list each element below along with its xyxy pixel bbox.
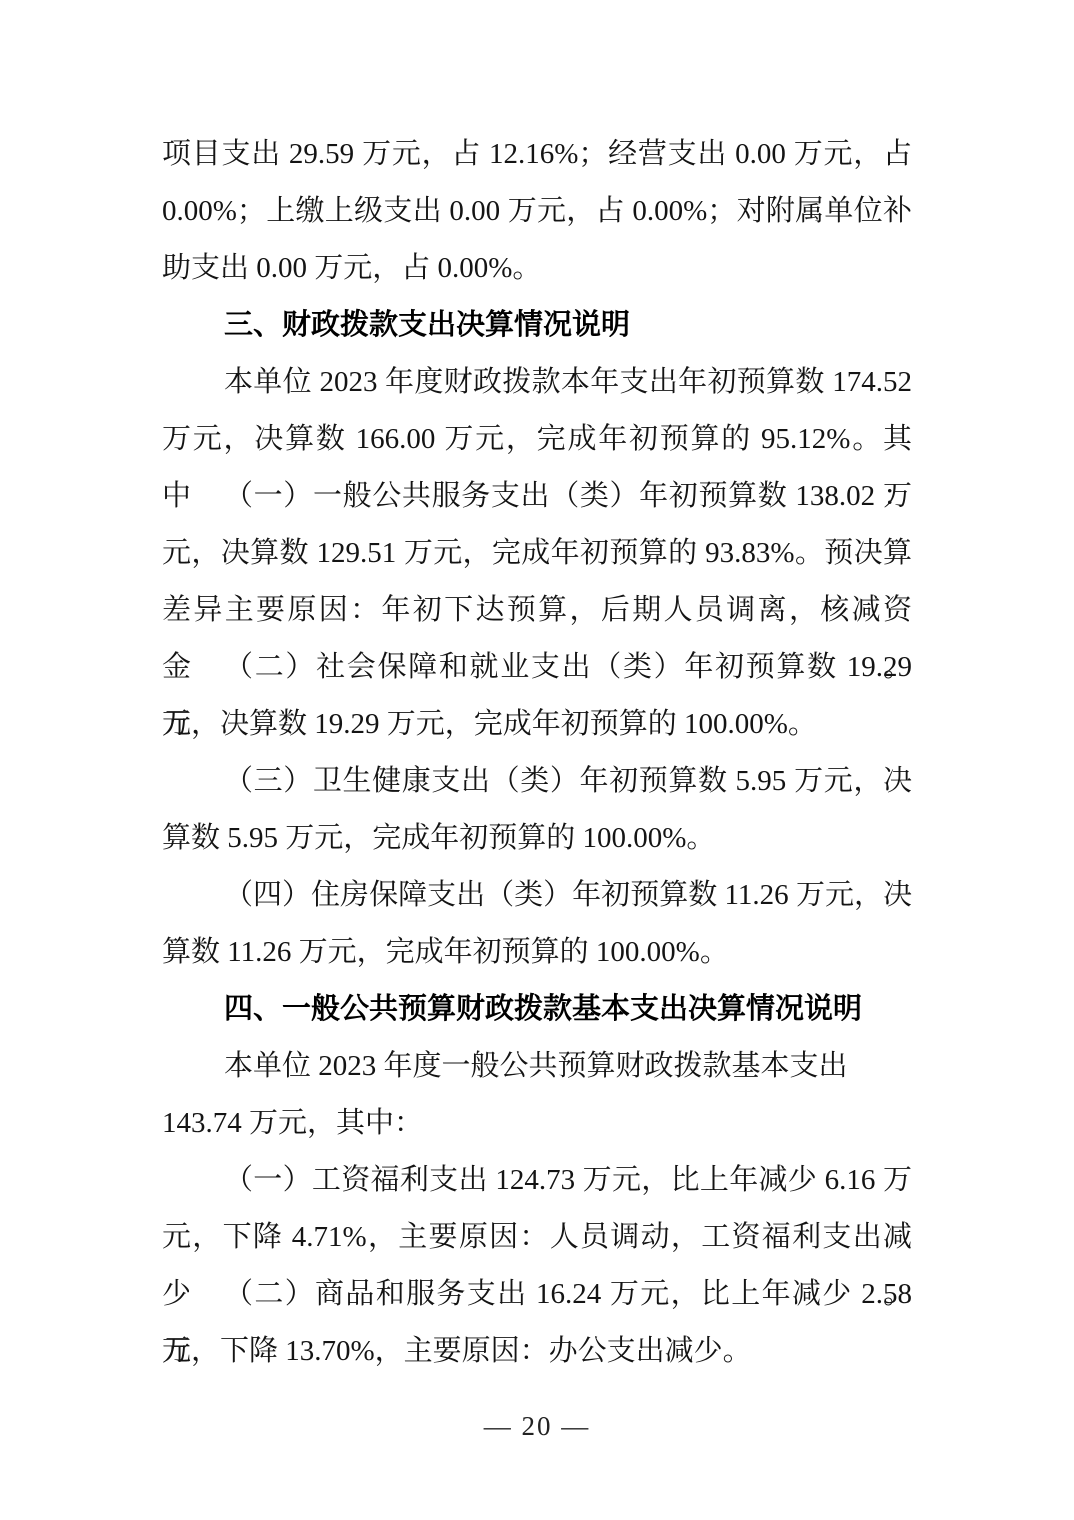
body-line-8: 元，决算数 129.51 万元，完成年初预算的 93.83%。预决算: [162, 525, 912, 582]
document-body: 项目支出 29.59 万元，占 12.16%；经营支出 0.00 万元，占 0.…: [162, 126, 912, 1380]
body-line-2: 0.00%；上缴上级支出 0.00 万元，占 0.00%；对附属单位补: [162, 183, 912, 240]
body-line-9: 差异主要原因：年初下达预算，后期人员调离，核减资金。: [162, 582, 912, 639]
body-line-6: 万元，决算数 166.00 万元，完成年初预算的 95.12%。其中：: [162, 411, 912, 468]
body-line-14: （四）住房保障支出（类）年初预算数 11.26 万元，决: [162, 867, 912, 924]
body-line-10: （二）社会保障和就业支出（类）年初预算数 19.29 万: [162, 639, 912, 696]
section-heading-4: 四、一般公共预算财政拨款基本支出决算情况说明: [162, 981, 912, 1038]
body-line-18: 143.74 万元，其中：: [162, 1095, 912, 1152]
body-line-21: （二）商品和服务支出 16.24 万元，比上年减少 2.58 万: [162, 1266, 912, 1323]
document-page: 项目支出 29.59 万元，占 12.16%；经营支出 0.00 万元，占 0.…: [0, 0, 1074, 1520]
body-line-12: （三）卫生健康支出（类）年初预算数 5.95 万元，决: [162, 753, 912, 810]
body-line-15: 算数 11.26 万元，完成年初预算的 100.00%。: [162, 924, 912, 981]
section-heading-3: 三、财政拨款支出决算情况说明: [162, 297, 912, 354]
body-line-22: 元，下降 13.70%，主要原因：办公支出减少。: [162, 1323, 912, 1380]
page-number-footer: — 20 —: [0, 1398, 1074, 1455]
body-line-13: 算数 5.95 万元，完成年初预算的 100.00%。: [162, 810, 912, 867]
body-line-5: 本单位 2023 年度财政拨款本年支出年初预算数 174.52: [162, 354, 912, 411]
body-line-19: （一）工资福利支出 124.73 万元，比上年减少 6.16 万: [162, 1152, 912, 1209]
body-line-17: 本单位 2023 年度一般公共预算财政拨款基本支出: [162, 1038, 912, 1095]
body-line-1: 项目支出 29.59 万元，占 12.16%；经营支出 0.00 万元，占: [162, 126, 912, 183]
body-line-20: 元，下降 4.71%，主要原因：人员调动，工资福利支出减少。: [162, 1209, 912, 1266]
body-line-7: （一）一般公共服务支出（类）年初预算数 138.02 万: [162, 468, 912, 525]
body-line-3: 助支出 0.00 万元，占 0.00%。: [162, 240, 912, 297]
body-line-11: 元，决算数 19.29 万元，完成年初预算的 100.00%。: [162, 696, 912, 753]
